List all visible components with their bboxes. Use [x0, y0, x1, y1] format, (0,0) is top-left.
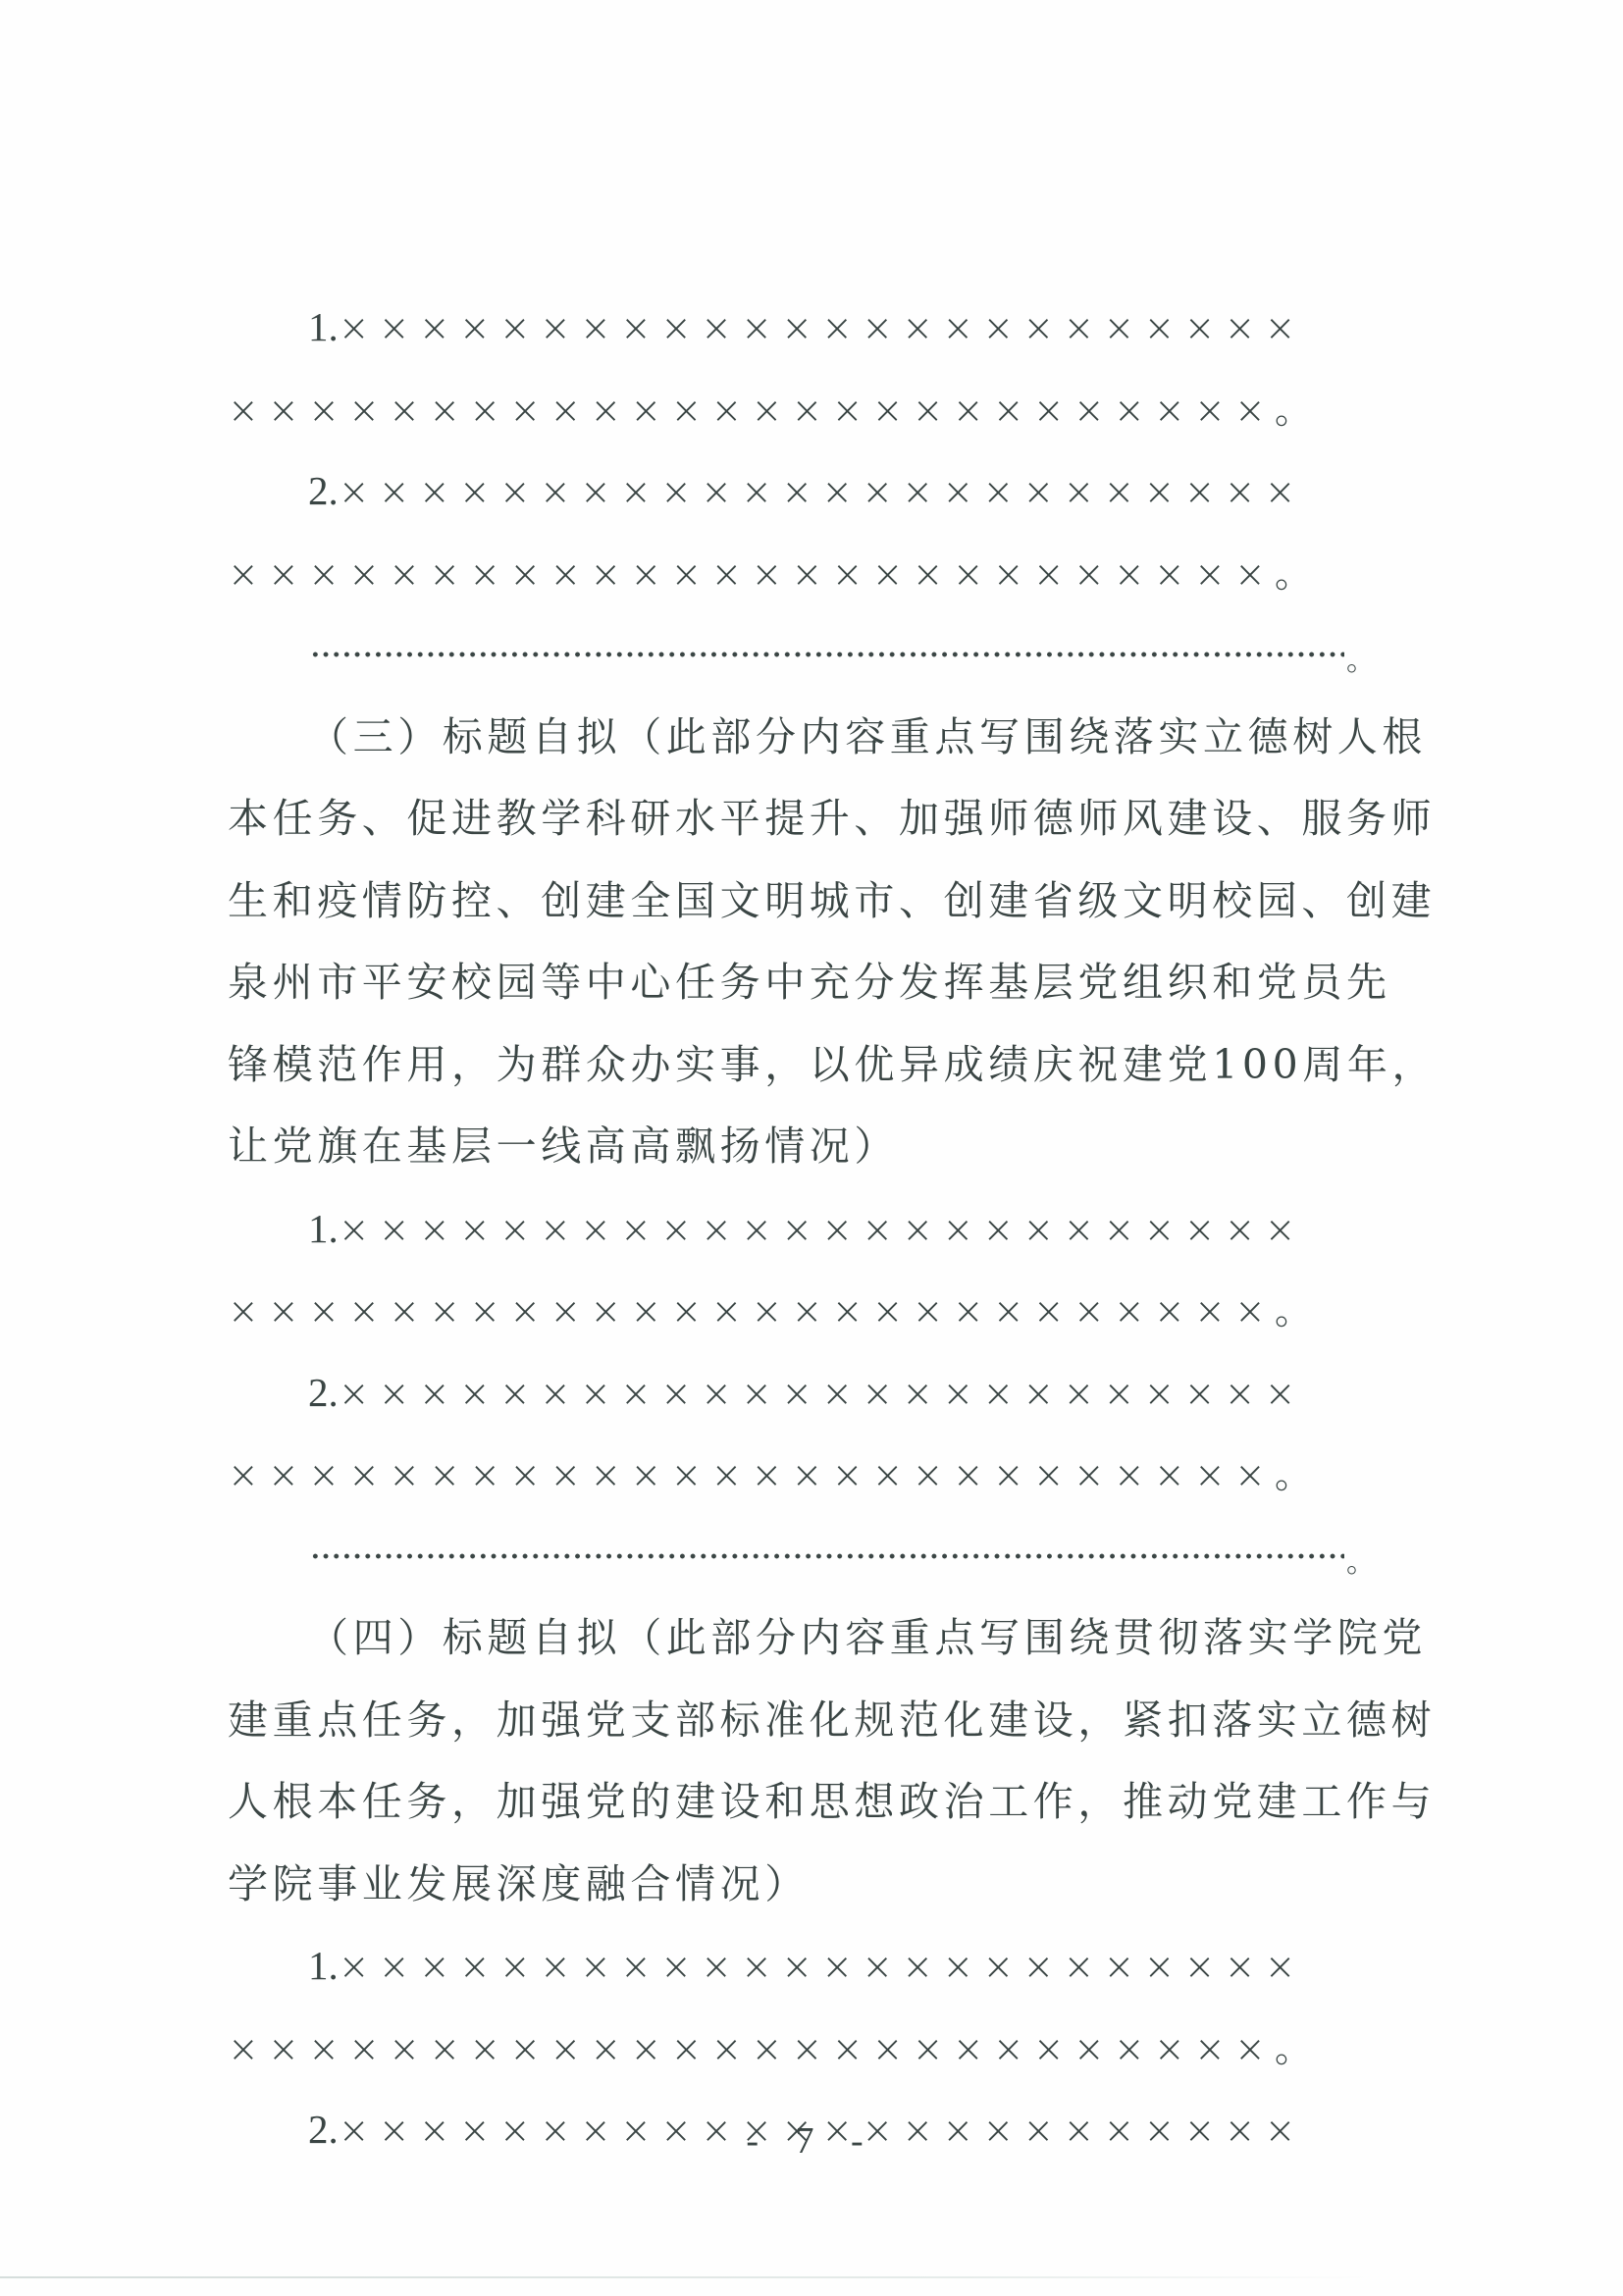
placeholder-text: ××××××××××××××××××××××××××。: [228, 389, 1321, 432]
placeholder-text: ××××××××××××××××××××××××: [339, 1372, 1305, 1415]
ellipsis-dots: [310, 652, 1344, 657]
placeholder-text: ××××××××××××××××××××××××××。: [228, 2027, 1321, 2070]
numbered-item-first-line: 2.××××××××××××××××××××××××: [228, 450, 1395, 533]
ellipsis-line: 。: [228, 614, 1395, 697]
section-heading-3-line-3: 生和疫情防控、创建全国文明城市、创建省级文明校园、创建: [228, 861, 1395, 943]
section-heading-3-line-1: （三）标题自拟（此部分内容重点写围绕落实立德树人根: [228, 697, 1395, 779]
page-number: - 7 -: [0, 2119, 1623, 2163]
section-heading-4-line-3: 人根本任务，加强党的建设和思想政治工作，推动党建工作与: [228, 1761, 1395, 1844]
placeholder-text: ××××××××××××××××××××××××××。: [228, 552, 1321, 596]
numbered-item-first-line: 1.××××××××××××××××××××××××: [228, 287, 1395, 369]
ellipsis-dots: [310, 1553, 1344, 1559]
placeholder-text: ××××××××××××××××××××××××: [339, 470, 1305, 513]
item-number: 1.: [308, 304, 339, 349]
numbered-item-continuation-line: ××××××××××××××××××××××××××。: [228, 1434, 1395, 1516]
item-number: 2.: [308, 1370, 339, 1415]
numbered-item-continuation-line: ××××××××××××××××××××××××××。: [228, 533, 1395, 615]
placeholder-text: ××××××××××××××××××××××××: [339, 1208, 1305, 1251]
ellipsis-line: 。: [228, 1516, 1395, 1598]
numbered-item-first-line: 1.××××××××××××××××××××××××: [228, 1925, 1395, 2008]
document-page: 1.×××××××××××××××××××××××× ×××××××××××××…: [0, 0, 1623, 2296]
item-number: 1.: [308, 1943, 339, 1988]
ellipsis-period: 。: [1346, 614, 1376, 708]
numbered-item-first-line: 2.××××××××××××××××××××××××: [228, 1352, 1395, 1435]
section-heading-3-line-4: 泉州市平安校园等中心任务中充分发挥基层党组织和党员先: [228, 942, 1395, 1024]
placeholder-text: ××××××××××××××××××××××××××。: [228, 1453, 1321, 1496]
scan-edge-line: [0, 2276, 1374, 2278]
numbered-item-first-line: 1.××××××××××××××××××××××××: [228, 1188, 1395, 1271]
section-heading-3-line-6: 让党旗在基层一线高高飘扬情况）: [228, 1106, 1395, 1188]
ellipsis-period: 。: [1346, 1516, 1376, 1610]
numbered-item-continuation-line: ××××××××××××××××××××××××××。: [228, 369, 1395, 451]
item-number: 1.: [308, 1206, 339, 1251]
placeholder-text: ××××××××××××××××××××××××: [339, 306, 1305, 349]
section-heading-4-line-4: 学院事业发展深度融合情况）: [228, 1844, 1395, 1926]
section-heading-4-line-1: （四）标题自拟（此部分内容重点写围绕贯彻落实学院党: [228, 1597, 1395, 1680]
item-number: 2.: [308, 468, 339, 513]
numbered-item-continuation-line: ××××××××××××××××××××××××××。: [228, 1270, 1395, 1352]
placeholder-text: ××××××××××××××××××××××××: [339, 1945, 1305, 1988]
numbered-item-continuation-line: ××××××××××××××××××××××××××。: [228, 2008, 1395, 2090]
section-heading-3-line-5: 锋模范作用，为群众办实事，以优异成绩庆祝建党100周年，: [228, 1024, 1395, 1107]
placeholder-text: ××××××××××××××××××××××××××。: [228, 1289, 1321, 1332]
document-body: 1.×××××××××××××××××××××××× ×××××××××××××…: [228, 287, 1395, 2171]
section-heading-4-line-2: 建重点任务，加强党支部标准化规范化建设，紧扣落实立德树: [228, 1680, 1395, 1762]
section-heading-3-line-2: 本任务、促进教学科研水平提升、加强师德师风建设、服务师: [228, 778, 1395, 861]
